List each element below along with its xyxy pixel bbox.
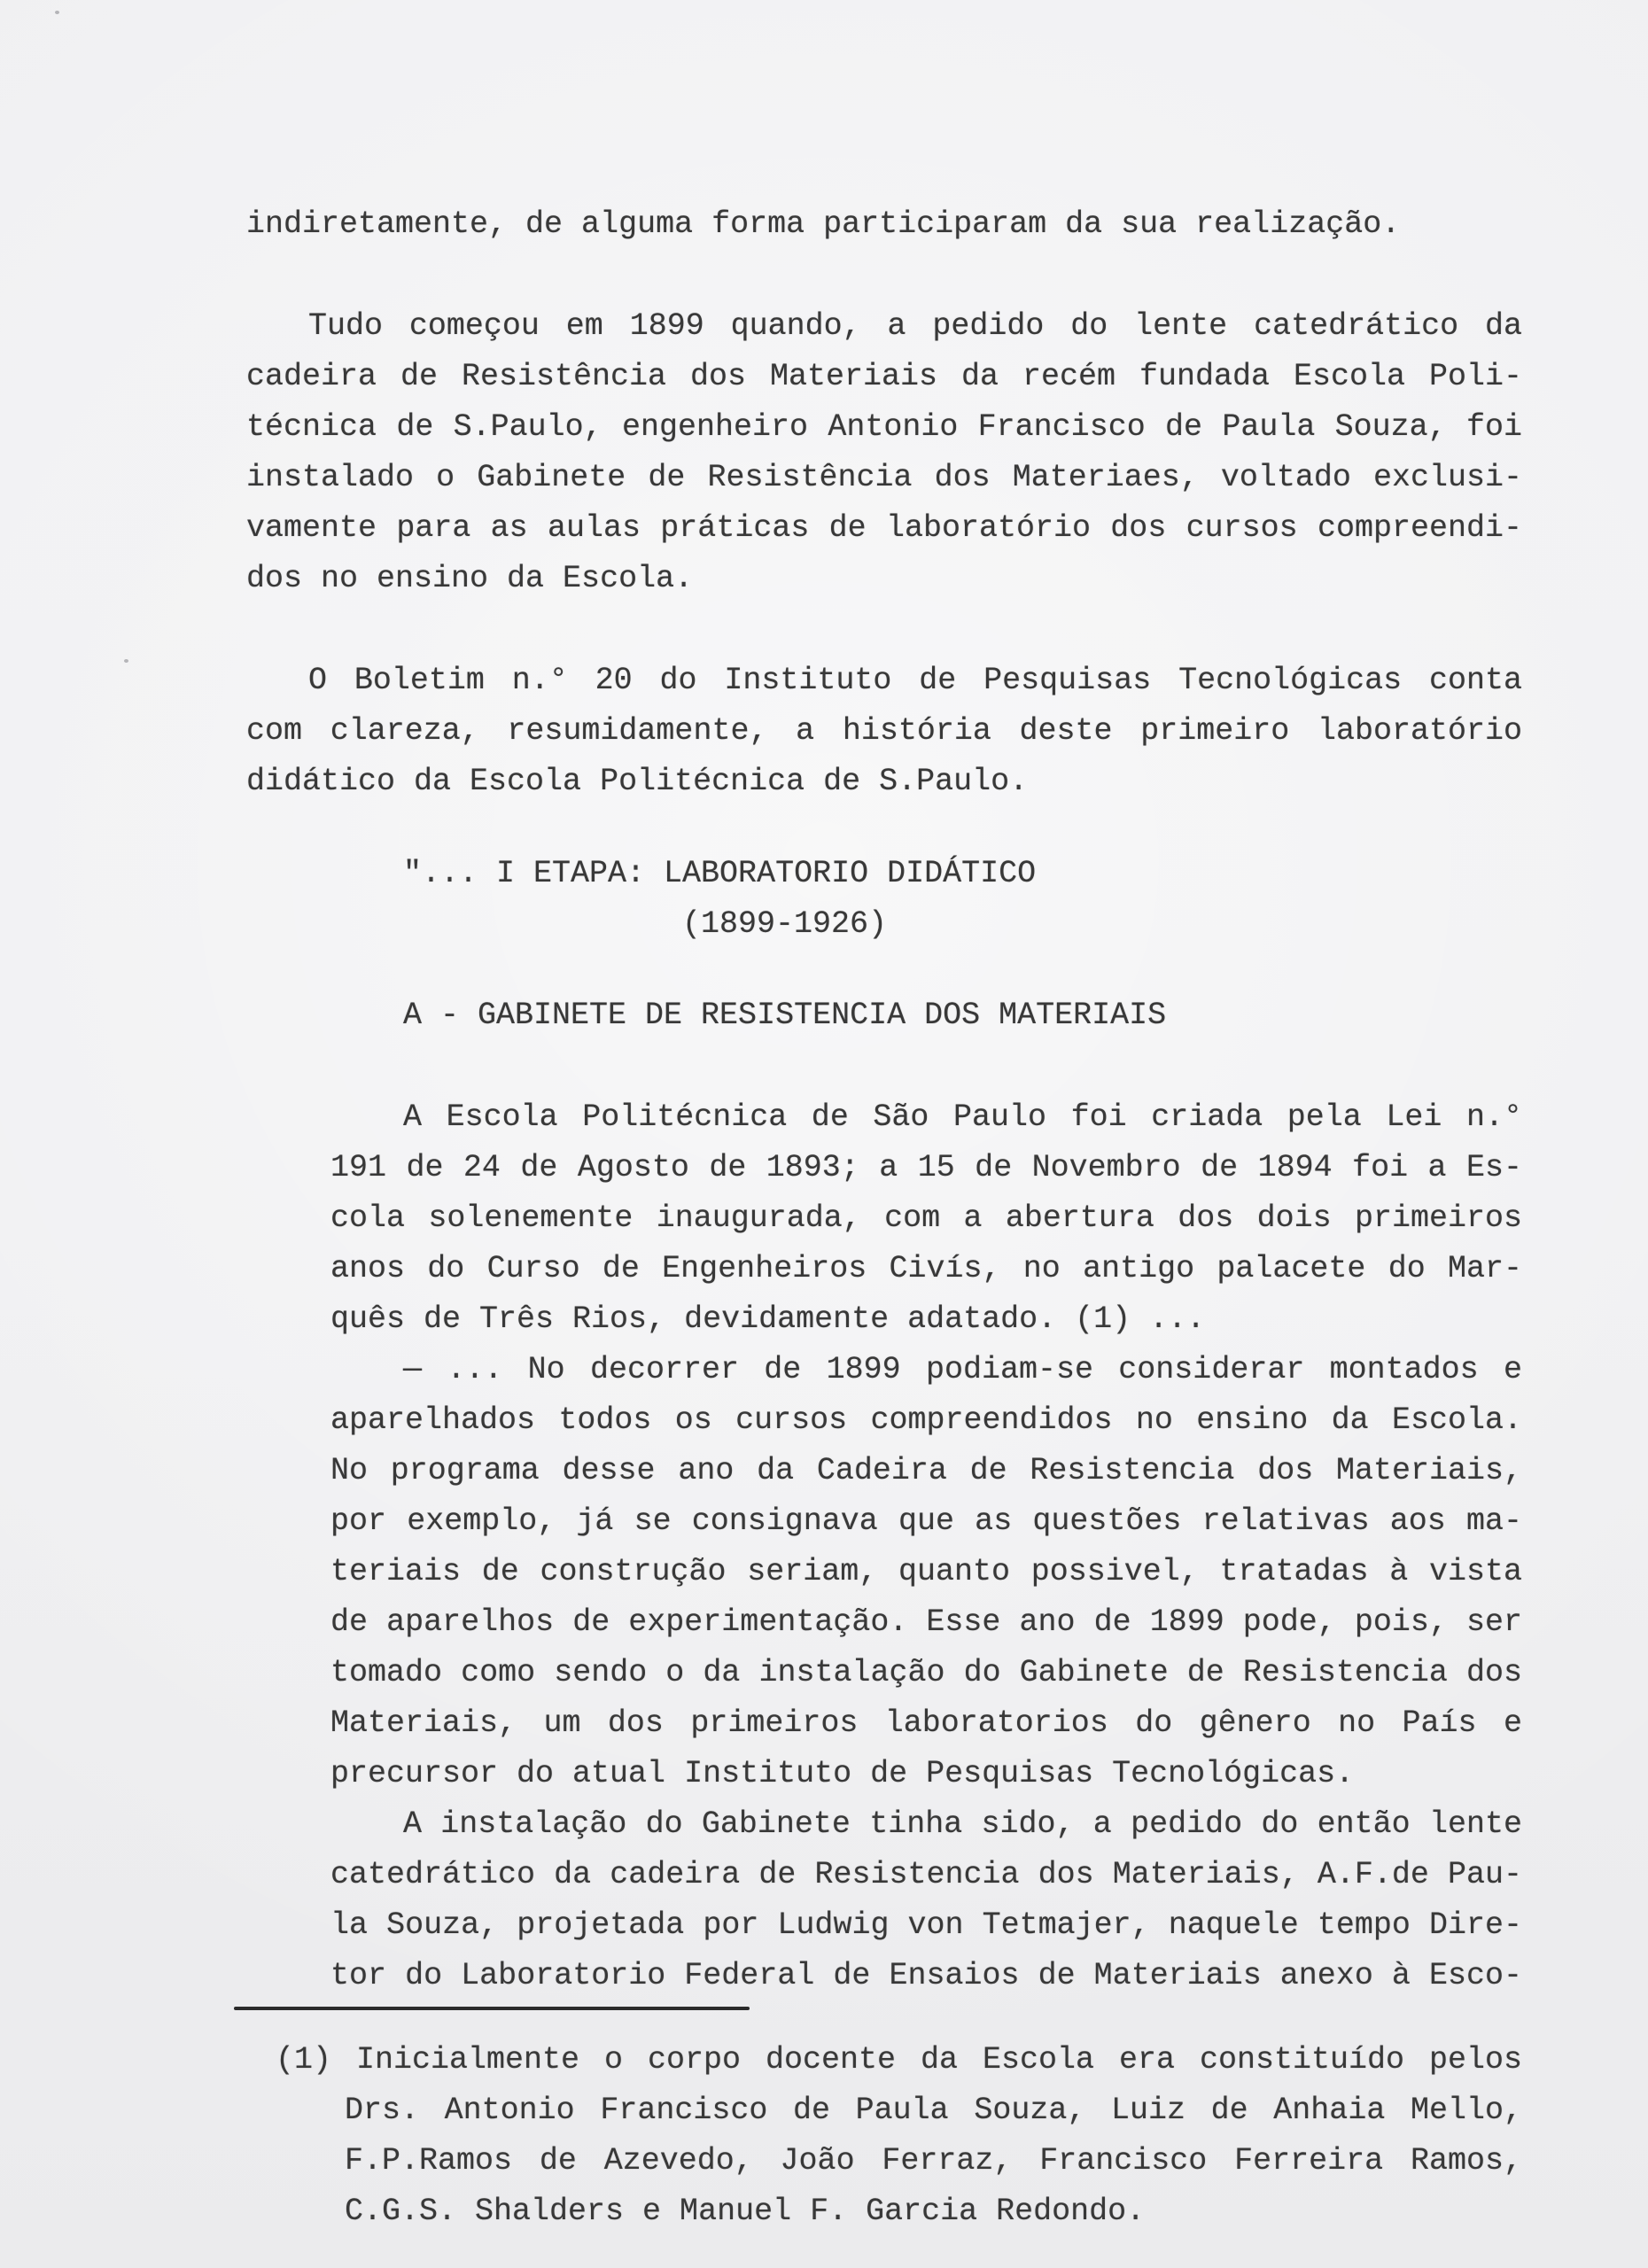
- scanned-page: indiretamente, de alguma forma participa…: [0, 0, 1648, 2268]
- footnote-separator: [234, 2007, 750, 2010]
- quote-line: la Souza, projetada por Ludwig von Tetma…: [330, 1900, 1522, 1951]
- quote-line: No programa desse ano da Cadeira de Resi…: [330, 1446, 1522, 1496]
- paragraph-line: O Boletim n.° 20 do Instituto de Pesquis…: [246, 656, 1522, 706]
- footnote-line: C.G.S. Shalders e Manuel F. Garcia Redon…: [345, 2186, 1522, 2237]
- quote-line: A Escola Politécnica de São Paulo foi cr…: [330, 1092, 1522, 1143]
- quote-line: anos do Curso de Engenheiros Civís, no a…: [330, 1244, 1522, 1294]
- subsection-heading: A - GABINETE DE RESISTENCIA DOS MATERIAI…: [403, 990, 1648, 1041]
- quote-line: A instalação do Gabinete tinha sido, a p…: [330, 1799, 1522, 1850]
- quote-line: tor do Laboratorio Federal de Ensaios de…: [330, 1951, 1522, 2001]
- quote-line: 191 de 24 de Agosto de 1893; a 15 de Nov…: [330, 1143, 1522, 1193]
- quote-line: precursor do atual Instituto de Pesquisa…: [330, 1749, 1522, 1799]
- paragraph-line: dos no ensino da Escola.: [246, 554, 1522, 604]
- paragraph-line: indiretamente, de alguma forma participa…: [246, 199, 1522, 250]
- scan-speck: [55, 11, 59, 14]
- paragraph-line: vamente para as aulas práticas de labora…: [246, 503, 1522, 554]
- quote-line: aparelhados todos os cursos compreendido…: [330, 1395, 1522, 1446]
- paragraph-line: técnica de S.Paulo, engenheiro Antonio F…: [246, 402, 1522, 453]
- paragraph-line: instalado o Gabinete de Resistência dos …: [246, 453, 1522, 503]
- paragraph-line: com clareza, resumidamente, a história d…: [246, 706, 1522, 757]
- quote-line: quês de Três Rios, devidamente adatado. …: [330, 1294, 1522, 1345]
- quote-line: por exemplo, já se consignava que as que…: [330, 1496, 1522, 1547]
- quote-line: cola solenemente inaugurada, com a abert…: [330, 1193, 1522, 1244]
- quote-line: teriais de construção seriam, quanto pos…: [330, 1547, 1522, 1597]
- quote-line: Materiais, um dos primeiros laboratorios…: [330, 1698, 1522, 1749]
- date-heading: (1899-1926): [682, 899, 1648, 950]
- quote-line: catedrático da cadeira de Resistencia do…: [330, 1850, 1522, 1900]
- paragraph-line: Tudo começou em 1899 quando, a pedido do…: [246, 301, 1522, 352]
- paragraph-line: cadeira de Resistência dos Materiais da …: [246, 352, 1522, 402]
- document-content: indiretamente, de alguma forma participa…: [0, 0, 1648, 2237]
- footnote-line: F.P.Ramos de Azevedo, João Ferraz, Franc…: [345, 2136, 1522, 2186]
- quote-line: de aparelhos de experimentação. Esse ano…: [330, 1597, 1522, 1648]
- quote-line: — ... No decorrer de 1899 podiam-se cons…: [330, 1345, 1522, 1395]
- quote-line: tomado como sendo o da instalação do Gab…: [330, 1648, 1522, 1698]
- footnote-line: (1) Inicialmente o corpo docente da Esco…: [345, 2035, 1522, 2085]
- paragraph-line: didático da Escola Politécnica de S.Paul…: [246, 757, 1522, 807]
- footnote-line: Drs. Antonio Francisco de Paula Souza, L…: [345, 2085, 1522, 2136]
- section-heading: "... I ETAPA: LABORATORIO DIDÁTICO: [403, 849, 1648, 899]
- scan-speck: [124, 659, 128, 663]
